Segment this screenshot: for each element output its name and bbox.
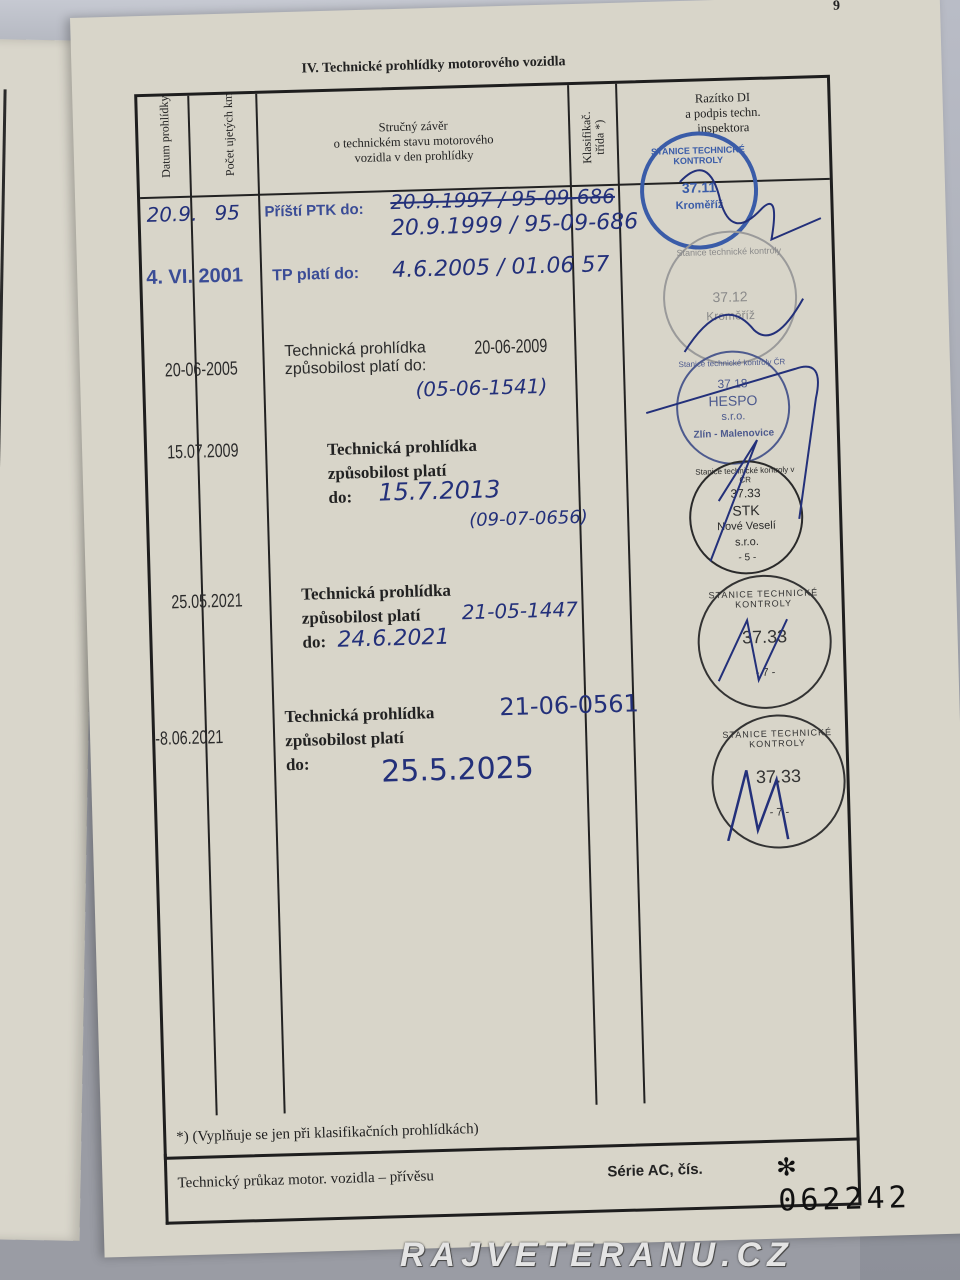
row6-label-line1: Technická prohlídka	[284, 701, 434, 729]
header-date-label: Datum prohlídky	[158, 108, 173, 178]
row5-date: 25.05.2021	[171, 590, 243, 614]
signature-scribbles	[618, 118, 858, 844]
row2-label: TP platí do:	[272, 265, 359, 285]
row5-value: 24.6.2021	[337, 625, 450, 653]
row3-label-line2: způsobilost platí do:	[285, 357, 427, 379]
footnote: *) (Vyplňuje se jen při klasifikačních p…	[176, 1121, 479, 1146]
row2-value: 4.6.2005 / 01.06 57	[392, 252, 610, 283]
header-date: Datum prohlídky	[158, 108, 173, 178]
asterisk-icon: ✻	[777, 1148, 800, 1184]
col-divider-km	[255, 94, 285, 1114]
row6-value: 25.5.2025	[381, 750, 535, 789]
row4-ref: (09-07-0656)	[469, 507, 588, 531]
header-class: Klasifikač. třída *)	[580, 102, 608, 173]
serial-value: 062242	[778, 1180, 911, 1219]
header-km-label: Počet ujetých km	[222, 106, 237, 176]
header-conclusion: Stručný závěr o technickém stavu motorov…	[268, 115, 559, 168]
row5-label-line1: Technická prohlídka	[301, 579, 451, 607]
header-class-line2: třída *)	[593, 102, 608, 172]
row6-date: -8.06.2021	[155, 727, 224, 751]
page-number: 9	[833, 0, 840, 15]
header-km: Počet ujetých km	[222, 106, 237, 176]
row3-date: 20-06-2005	[165, 358, 238, 382]
serial-number: ✻ 062242	[777, 1145, 911, 1219]
row6-ref: 21-06-0561	[499, 689, 639, 721]
row5-ref: 21-05-1447	[461, 597, 578, 624]
left-page-frame	[0, 89, 7, 1189]
row1-km: 95	[214, 200, 240, 225]
document-page: 9 IV. Technické prohlídky motorového voz…	[70, 0, 960, 1258]
row2-date: 4. VI. 2001	[146, 264, 243, 290]
row1-label: Příští PTK do:	[264, 201, 364, 221]
row1-struck-value: 20.9.1997 / 95-09-686	[390, 184, 615, 214]
col-divider-conclusion	[567, 85, 597, 1105]
row1-value: 20.9.1999 / 95-09-686	[391, 209, 639, 241]
row3-ref: (05-06-1541)	[415, 374, 547, 402]
inspection-table: Datum prohlídky Počet ujetých km Stručný…	[134, 75, 859, 1160]
row4-date: 15.07.2009	[167, 440, 239, 464]
row4-value: 15.7.2013	[378, 475, 501, 506]
row3-value: 20-06-2009	[474, 336, 547, 360]
watermark: RAJVETERANU.CZ	[400, 1236, 794, 1275]
page-title: IV. Technické prohlídky motorového vozid…	[301, 54, 565, 77]
footer-label: Technický průkaz motor. vozidla – přívěs…	[177, 1168, 434, 1192]
footer-series: Série AC, čís.	[607, 1161, 703, 1181]
row4-label-line1: Technická prohlídka	[327, 434, 477, 462]
row1-date: 20.9.	[146, 202, 198, 227]
row3-label: Technická prohlídka způsobilost platí do…	[284, 339, 426, 379]
